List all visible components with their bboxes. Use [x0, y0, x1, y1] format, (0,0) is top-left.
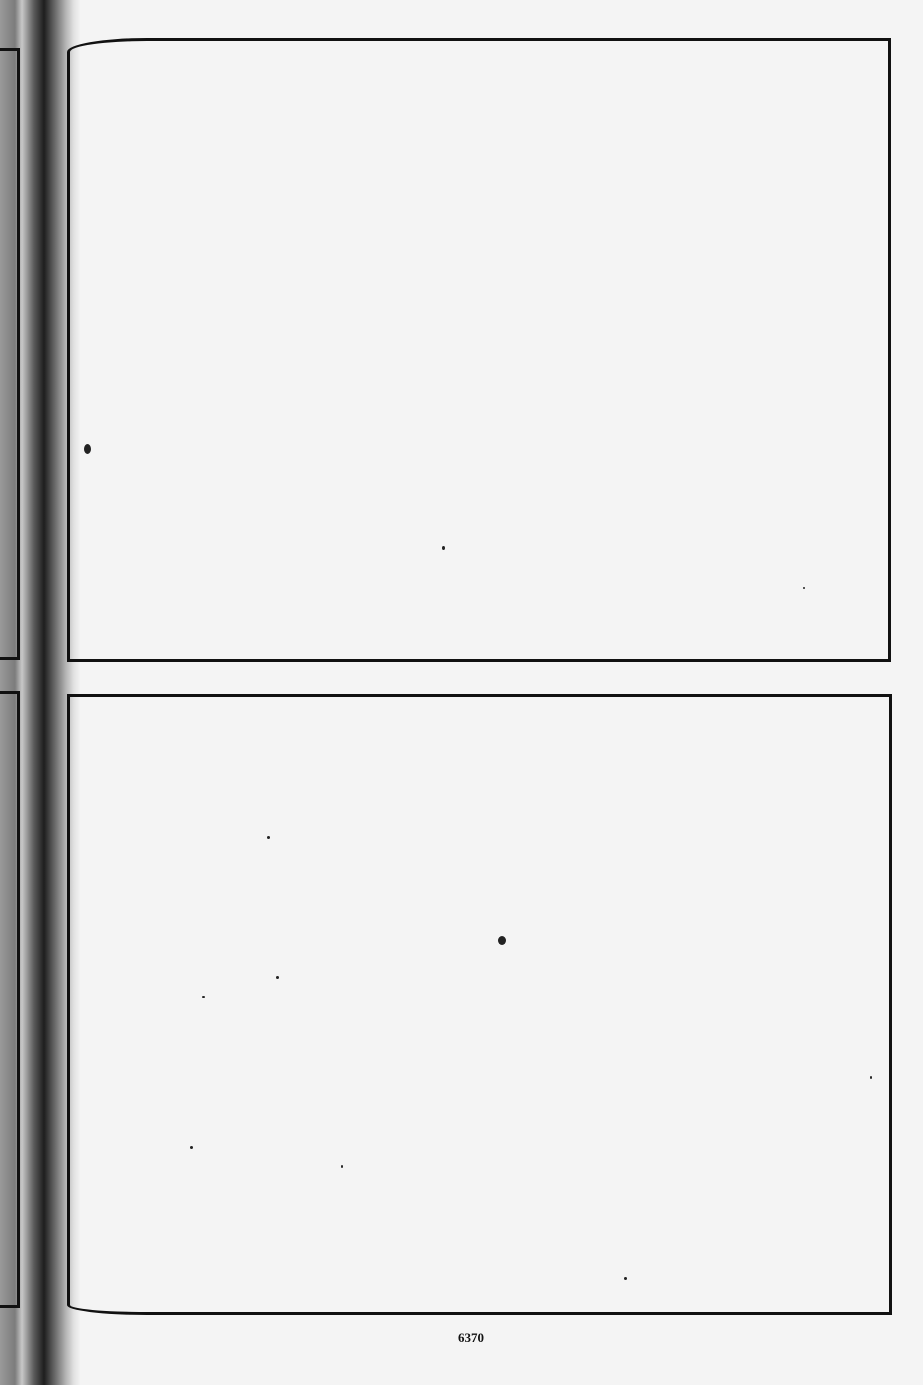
scan-speck	[498, 936, 506, 945]
scan-speck	[276, 976, 279, 979]
scan-speck	[442, 546, 445, 550]
scan-speck	[84, 444, 91, 454]
facing-page-panel-edge	[0, 48, 20, 660]
scan-speck	[202, 996, 205, 998]
facing-page-panel-edge	[0, 691, 20, 1308]
scan-speck	[267, 836, 270, 839]
scan-speck	[341, 1165, 343, 1168]
empty-panel-bottom	[67, 694, 892, 1315]
empty-panel-top	[67, 38, 891, 662]
scan-speck	[803, 587, 805, 589]
scan-speck	[190, 1146, 193, 1149]
page-number: 6370	[458, 1330, 484, 1346]
scan-speck	[870, 1076, 872, 1079]
scan-speck	[624, 1277, 627, 1280]
